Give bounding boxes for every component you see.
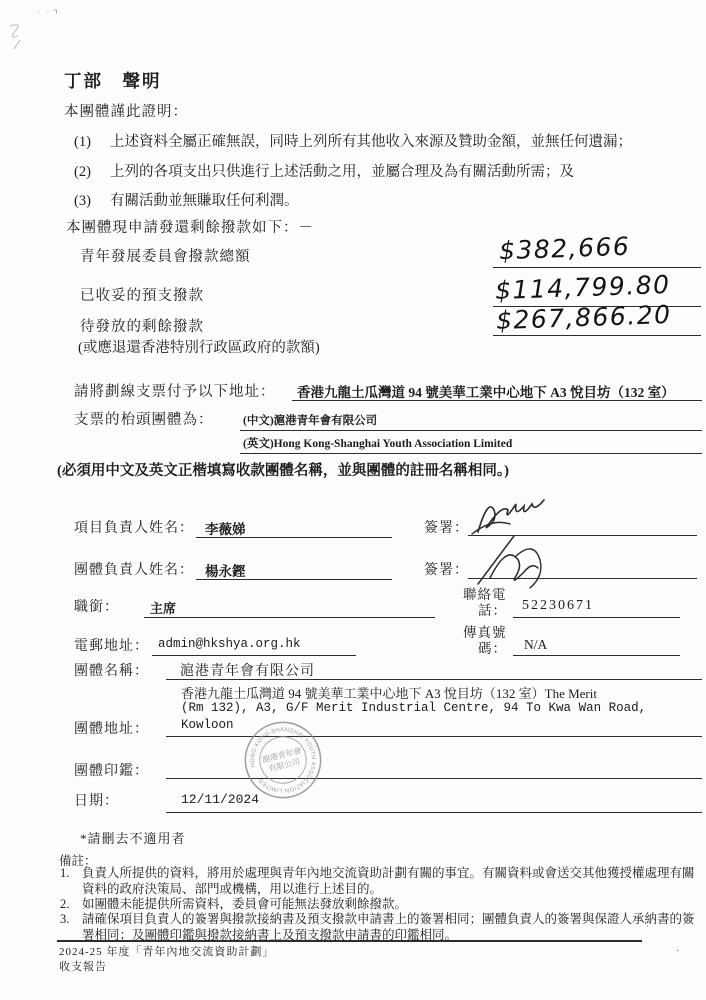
date-line	[166, 812, 702, 813]
seal-ring-text: HONG KONG-SHANGHAI YOUTH ASSOCIATION LIM…	[243, 720, 323, 800]
amount-line	[493, 267, 701, 268]
fax-line	[513, 655, 680, 656]
declaration-num: (1)	[74, 134, 110, 151]
refund-intro: 本團體現申請發還剩餘撥款如下：－	[66, 216, 314, 237]
phone-line	[513, 617, 680, 618]
scan-mark: ˈ	[646, 924, 649, 935]
org-leader-name: 楊永鏗	[205, 560, 246, 580]
project-leader-line	[196, 537, 392, 538]
org-name-value: 滬港青年會有限公司	[180, 660, 315, 680]
org-address-label: 團體地址：	[74, 718, 149, 738]
note-num: 2.	[60, 897, 69, 912]
declaration-num: (2)	[74, 164, 110, 181]
certify-intro: 本團體謹此證明：	[64, 100, 188, 121]
payee-english: (英文)Hong Kong-Shanghai Youth Association…	[243, 435, 512, 451]
org-leader-label: 團體負責人姓名：	[74, 559, 194, 579]
cheque-address-label: 請將劃線支票付予以下地址：	[74, 380, 276, 401]
footer-rule	[57, 940, 642, 942]
org-name-label: 團體名稱：	[74, 660, 149, 680]
declaration-text: 上述資料全屬正確無誤，同時上列所有其他收入來源及贊助金額，並無任何遺漏；	[110, 134, 632, 150]
title-value: 主席	[150, 598, 176, 617]
page-title: 丁部 聲明	[64, 68, 162, 93]
date-label: 日期：	[74, 790, 119, 810]
payee-chinese: (中文)滬港青年會有限公司	[243, 412, 377, 428]
org-name-line	[166, 679, 702, 680]
amount-line	[493, 335, 701, 336]
scan-mark: ·	[676, 946, 679, 957]
declaration-item: (2)上列的各項支出只供進行上述活動之用，並屬合理及為有關活動所需；及	[74, 160, 574, 181]
handwritten-total: $382,666	[499, 232, 631, 266]
note-text: 請確保項目負責人的簽署與撥款接納書及預支撥款申請書上的簽署相同；團體負責人的簽署…	[82, 912, 702, 943]
date-value: 12/11/2024	[181, 792, 259, 807]
phone-value: 52230671	[522, 598, 594, 614]
svg-text:HONG KONG-SHANGHAI YOUTH ASSOC: HONG KONG-SHANGHAI YOUTH ASSOCIATION LIM…	[243, 720, 323, 800]
amount-label-remaining: 待發放的剩餘撥款	[80, 315, 204, 336]
note-num: 1.	[60, 866, 69, 881]
delete-note: *請刪去不適用者	[80, 828, 186, 847]
scan-mark: ˈ ˈ ⌝	[37, 8, 58, 21]
email-label: 電郵地址：	[74, 635, 149, 655]
note-text: 如團體未能提供所需資料，委員會可能無法發放剩餘撥款。	[82, 897, 702, 913]
email-line	[152, 655, 356, 656]
project-leader-name: 李薇娣	[205, 518, 246, 538]
amount-label-advanced: 已收妥的預支撥款	[80, 284, 204, 305]
note-num: 3.	[60, 912, 69, 927]
cheque-address-value: 香港九龍土瓜灣道 94 號美華工業中心地下 A3 悅目坊（132 室）	[297, 381, 675, 401]
footer-programme: 2024-25 年度「青年內地交流資助計劃」	[59, 943, 274, 959]
title-line	[144, 617, 435, 618]
org-address-line2: (Rm 132), A3, G/F Merit Industrial Centr…	[181, 701, 646, 715]
cheque-address-line	[292, 400, 702, 401]
project-leader-label: 項目負責人姓名：	[74, 517, 194, 537]
payee-label: 支票的枱頭團體為：	[74, 408, 214, 429]
fax-value: N/A	[524, 637, 547, 653]
scan-squiggle	[6, 16, 40, 50]
payee-en-line	[240, 453, 702, 454]
sign-label-2: 簽署：	[424, 559, 469, 579]
payee-cn-line	[240, 430, 702, 431]
declaration-num: (3)	[74, 193, 110, 210]
org-address-line1: 香港九龍土瓜灣道 94 號美華工業中心地下 A3 悅目坊（132 室）The M…	[181, 683, 597, 702]
declaration-item: (1)上述資料全屬正確無誤，同時上列所有其他收入來源及贊助金額，並無任何遺漏；	[74, 130, 632, 151]
amount-label-total: 青年發展委員會撥款總額	[80, 245, 251, 266]
note-text: 負責人所提供的資料，將用於處理與青年內地交流資助計劃有關的事宜。有關資料或會送交…	[82, 866, 702, 897]
sign-label-1: 簽署：	[424, 517, 469, 537]
phone-label-line2: 話：	[478, 599, 507, 619]
amount-sublabel-remaining: (或應退還香港特別行政區政府的款額)	[78, 336, 320, 357]
declaration-text: 上列的各項支出只供進行上述活動之用，並屬合理及為有關活動所需；及	[110, 164, 574, 180]
fax-label-line2: 碼：	[478, 637, 507, 657]
email-value: admin@hkshya.org.hk	[158, 637, 301, 651]
scanned-declaration-form: ˈ ˈ ⌝ 丁部 聲明 本團體謹此證明： (1)上述資料全屬正確無誤，同時上列所…	[0, 0, 706, 1000]
declaration-item: (3)有關活動並無賺取任何利潤。	[74, 189, 299, 210]
declaration-text: 有關活動並無賺取任何利潤。	[110, 193, 299, 209]
handwritten-advanced: $114,799.80	[495, 270, 671, 305]
org-address-line3: Kowloon	[181, 718, 234, 732]
handwritten-remaining: $267,866.20	[496, 300, 672, 335]
signature-1	[470, 490, 590, 538]
title-label: 職銜：	[74, 596, 119, 616]
org-leader-line	[196, 579, 392, 580]
footer-report-type: 收支報告	[59, 958, 107, 974]
seal-label: 團體印鑑：	[74, 760, 149, 780]
payee-note: (必須用中文及英文正楷填寫收款團體名稱，並與團體的註冊名稱相同。)	[57, 459, 509, 480]
